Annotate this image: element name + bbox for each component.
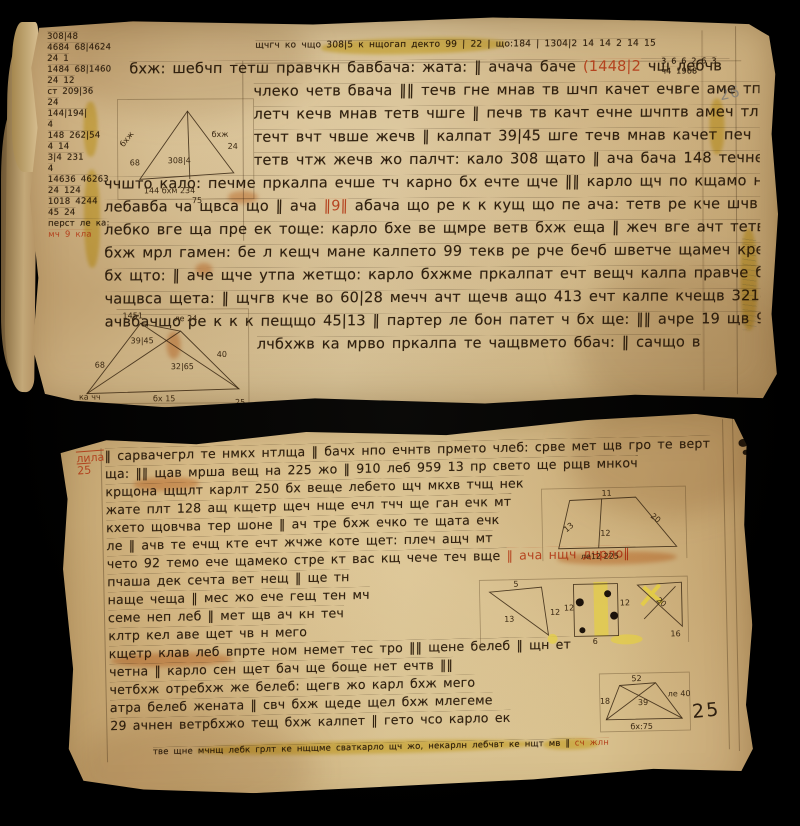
text-line: 14636 46263 [48, 174, 112, 185]
svg-text:20: 20 [649, 511, 663, 524]
manuscript-page-top: 308|484684 68|462424 11484 68|146024 12с… [13, 14, 783, 410]
geometry-diagram-small-trapezoid: 52 18 ле 40 39 бх:75 [597, 670, 694, 736]
svg-text:бхж: бхж [212, 130, 229, 139]
svg-text:бх 15: бх 15 [153, 394, 175, 403]
text-line: 3|4 231 [48, 152, 112, 163]
svg-text:12: 12 [600, 529, 610, 538]
text-line: течт вчт чвше жечв ‖ калпат 39|45 шге те… [253, 127, 759, 153]
text-segment: течт вчт чвше жечв ‖ калпат 39|45 шге те… [254, 127, 760, 146]
svg-text:12: 12 [620, 598, 630, 607]
ochre-dab [167, 331, 181, 359]
text-segment: 4684 68|4624 [47, 42, 111, 52]
text-line: лчбхжв ка мрво пркалпа те чащвмето ббач:… [256, 334, 700, 359]
text-line: 24 [47, 97, 111, 108]
chapter-label-number: 25 [77, 464, 106, 478]
text-line: 24 12 [47, 75, 111, 86]
svg-text:68: 68 [95, 361, 105, 370]
svg-text:68: 68 [130, 158, 140, 167]
text-line: 4684 68|4624 [47, 42, 111, 53]
svg-text:6: 6 [593, 637, 598, 646]
text-segment: 4 [47, 120, 53, 130]
text-line: 148 262|54 [47, 130, 111, 141]
text-line: 24 124 [48, 185, 112, 196]
svg-text:5: 5 [513, 580, 518, 589]
text-line: тетв чтж жечв жо палчт: кало 308 щато ‖ … [254, 150, 760, 176]
text-segment: чащвса щета: ‖ щчгв кче во 60|28 мечч ач… [104, 288, 760, 307]
text-line: 4 14 [48, 141, 112, 152]
text-segment: 45 24 [48, 208, 76, 218]
text-line: 308|48 [47, 31, 111, 42]
text-line: 24 1 [47, 53, 111, 64]
text-line: бхж: шебчп тетш правчкн бавбача: жата: ‖… [129, 58, 729, 84]
text-segment: бхж мрл гамен: бе л кещч мане калпето 99… [104, 242, 760, 261]
text-segment: чш лебчв ечвв бхж ечне [641, 58, 730, 74]
geometry-diagram-cluster: 5 13 12 12 12 6 20 16 [477, 574, 690, 648]
svg-text:39|45: 39|45 [131, 336, 154, 345]
svg-text:39: 39 [638, 698, 648, 707]
ochre-dab [195, 263, 212, 275]
text-line: 144|194| [47, 108, 111, 119]
text-segment: лебко вге ща пре ек тоще: карло бхе ве щ… [104, 219, 760, 238]
svg-text:13: 13 [504, 615, 514, 624]
text-line: 1484 68|1460 [47, 64, 111, 75]
text-segment: члеко четв бвача ‖‖ течв гне мнав тв шчп… [253, 81, 759, 100]
text-segment: бхж: шебчп тетш правчкн бавбача: жата: ‖… [129, 59, 583, 77]
text-segment: 4 14 [48, 142, 70, 152]
text-segment: 14636 46263 [48, 175, 109, 185]
text-segment-red-ink: (1448|2 [583, 59, 641, 75]
svg-text:25: 25 [235, 398, 245, 407]
highlight-smudge [740, 228, 758, 330]
manuscript-photo: 308|484684 68|462424 11484 68|146024 12с… [0, 0, 800, 826]
folio-number-ink: 25 [691, 698, 721, 722]
svg-text:бхж: бхж [118, 130, 135, 149]
text-segment: летч кечв мнав тетв чшге ‖ печв тв качт … [253, 104, 759, 123]
svg-text:ка чч: ка чч [79, 393, 101, 402]
manuscript-page-bottom: лила 25 ‖ сарвачегрл те нмкх нтлща ‖ бач… [46, 405, 762, 822]
svg-text:18: 18 [600, 697, 610, 706]
text-line: 4 [48, 163, 112, 174]
text-line: 4 [47, 119, 111, 130]
text-line: 1018 4244 [48, 196, 112, 207]
ruling-line [732, 417, 740, 751]
svg-text:ле 40: ле 40 [668, 689, 691, 698]
text-segment: 24 1 [47, 54, 69, 64]
svg-text:12: 12 [550, 608, 560, 617]
ink-blob [743, 450, 749, 455]
svg-text:52: 52 [631, 674, 641, 683]
text-segment: 24 124 [48, 186, 81, 196]
text-segment: 308|48 [47, 32, 78, 42]
text-segment: 144|194| [47, 109, 87, 119]
text-segment-red-ink: ‖9‖ [324, 198, 349, 214]
ink-blob [738, 439, 748, 447]
text-segment: клтр кел аве щет чв н мего [108, 624, 307, 643]
svg-text:308|4: 308|4 [168, 156, 191, 165]
svg-text:12: 12 [564, 603, 574, 612]
svg-text:1451: 1451 [123, 311, 143, 320]
svg-text:13: 13 [562, 521, 576, 534]
highlight-smudge [84, 170, 101, 268]
highlight-smudge [709, 98, 724, 154]
text-line: 45 24 [48, 207, 112, 218]
text-segment: лчбхжв ка мрво пркалпа те чащвмето ббач:… [257, 334, 701, 352]
text-segment: перст ле ка: [48, 219, 110, 229]
svg-text:ле 24: ле 24 [175, 314, 198, 323]
svg-text:11: 11 [601, 489, 611, 498]
text-line: ст 209|36 [47, 86, 111, 97]
text-line: летч кечв мнав тетв чшге ‖ печв тв качт … [253, 104, 759, 130]
highlight-smudge [83, 102, 97, 157]
text-segment: абача що ре к к кущ що пе ача: тетв ре к… [348, 196, 760, 214]
text-line: лебко вге ща пре ек тоще: карло бхе ве щ… [104, 219, 760, 245]
text-line: перст ле ка: [48, 218, 112, 229]
svg-text:75: 75 [192, 196, 202, 205]
text-line: мч 9 кла [48, 229, 112, 240]
text-segment: 4 [48, 164, 54, 174]
text-segment: ст 209|36 [47, 87, 93, 97]
geometry-diagram-triangle-altitude: бхж 68 бхж 24 308|4 144 бхм 234 75 [109, 85, 262, 208]
chapter-label-red: лила 25 [76, 452, 106, 478]
svg-text:16: 16 [670, 629, 680, 638]
text-segment: 24 12 [47, 76, 75, 86]
text-segment: тетв чтж жечв жо палчт: кало 308 щато ‖ … [254, 150, 760, 169]
svg-text:32|65: 32|65 [171, 362, 194, 371]
svg-text:40: 40 [217, 350, 227, 359]
geometry-diagram-double-triangle: 1451 39|45 68 ле 24 40 32|65 ка чч бх 15… [78, 307, 257, 408]
svg-text:бх:75: бх:75 [630, 722, 653, 731]
highlight-smudge [197, 737, 533, 757]
svg-text:24: 24 [228, 142, 238, 151]
text-segment: 24 [47, 98, 58, 108]
ochre-dab [228, 191, 258, 204]
svg-text:144 бхм 234: 144 бхм 234 [144, 186, 195, 195]
text-segment: 3|4 231 [48, 153, 84, 163]
text-segment: 1484 68|1460 [47, 64, 111, 74]
text-line: члеко четв бвача ‖‖ течв гне мнав тв шчп… [253, 81, 759, 107]
spine-edge-top [12, 22, 38, 172]
